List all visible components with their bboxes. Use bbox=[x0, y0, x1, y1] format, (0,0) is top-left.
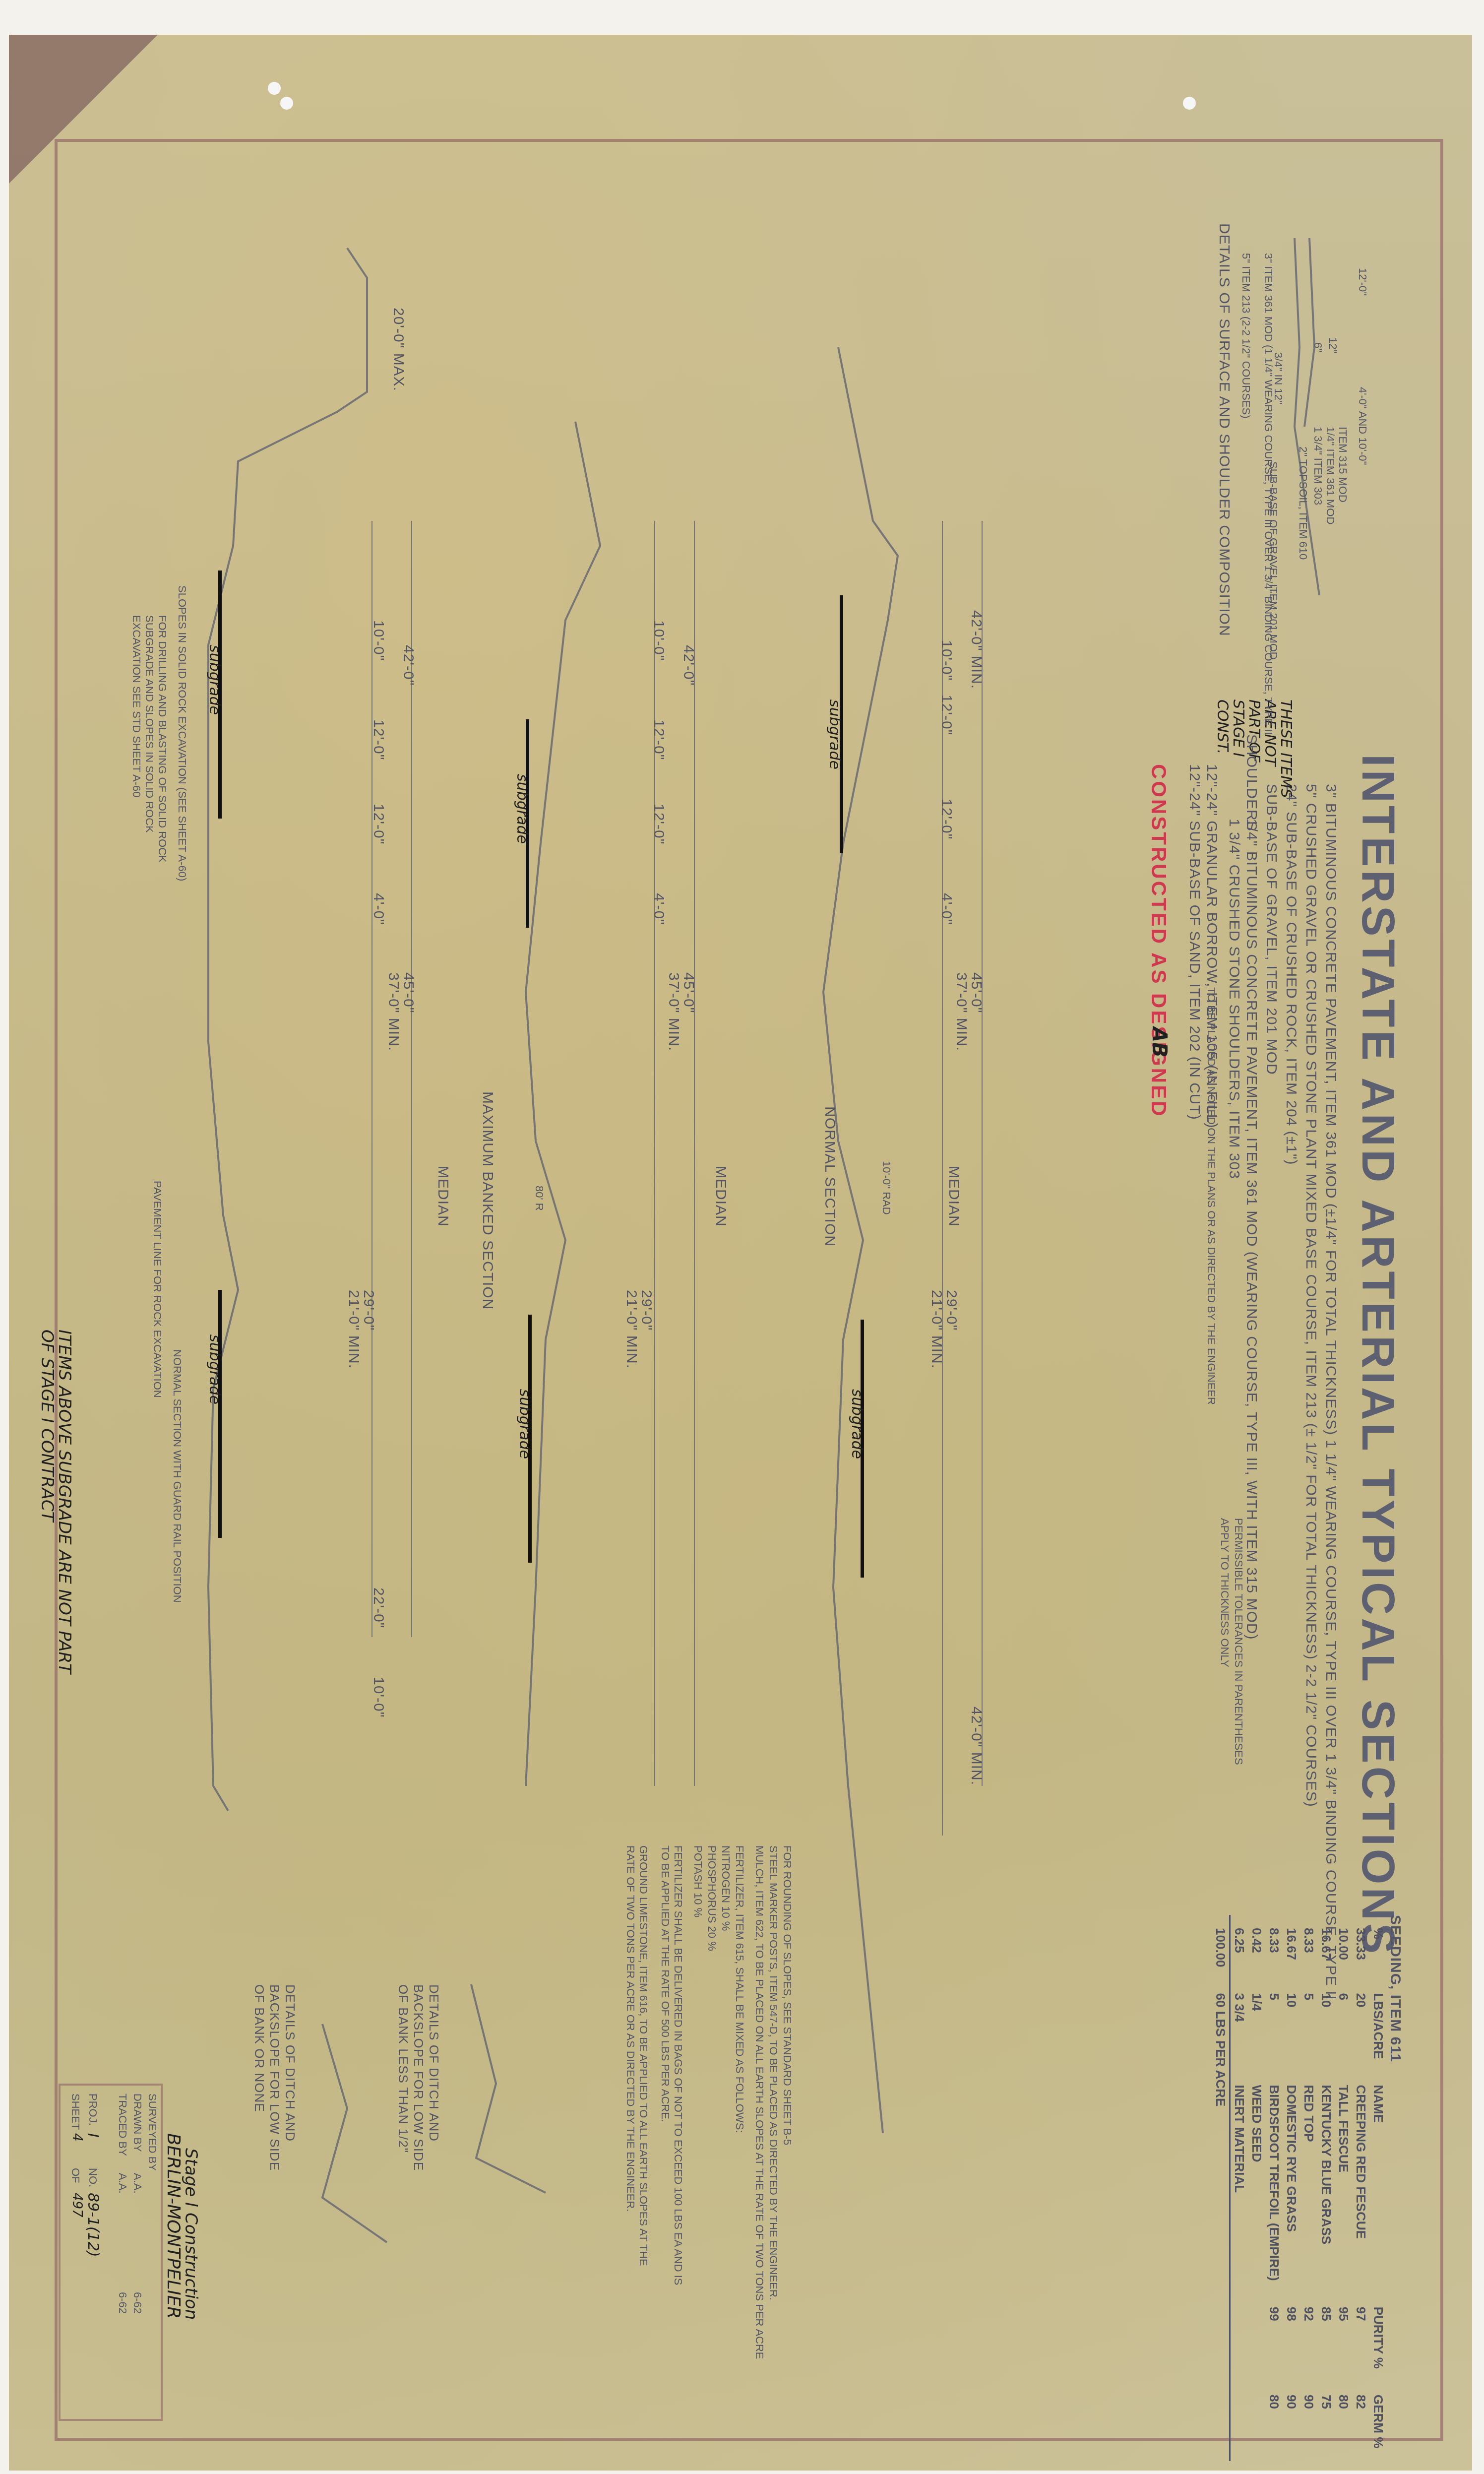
drawn-by-label: DRAWN BY bbox=[131, 2093, 144, 2152]
subgrade-label: subgrade bbox=[513, 774, 531, 844]
no-label: NO. bbox=[86, 2168, 99, 2187]
shoulders-label: SHOULDERS bbox=[1243, 734, 1260, 831]
of-label: OF bbox=[69, 2168, 82, 2183]
dim-label: 10'-0" bbox=[370, 1677, 387, 1717]
section-label-guardrail: NORMAL SECTION WITH GUARD RAIL POSITION bbox=[171, 1349, 184, 1603]
pavement-note: 3" BITUMINOUS CONCRETE PAVEMENT, ITEM 36… bbox=[1322, 784, 1339, 2000]
rock-slopes-note: SLOPES IN SOLID ROCK EXCAVATION (SEE SHE… bbox=[176, 585, 188, 881]
dim-label: 45'-0" bbox=[968, 972, 985, 1013]
drawing-title: INTERSTATE AND ARTERIAL TYPICAL SECTIONS bbox=[1352, 754, 1404, 1957]
section-label-banked: MAXIMUM BANKED SECTION bbox=[479, 1091, 496, 1310]
proj-value: I bbox=[84, 2133, 102, 2138]
table-row: 6.253 3/4INERT MATERIAL bbox=[1230, 1915, 1248, 2461]
subgrade-line bbox=[218, 1290, 222, 1538]
dim-label: 29'-0" bbox=[360, 1290, 377, 1331]
drawn-by: A.A. bbox=[131, 2173, 144, 2194]
dim-label: 42'-0" bbox=[680, 645, 697, 686]
table-row: 0.421/4WEED SEED bbox=[1248, 1915, 1265, 2461]
median-label: MEDIAN bbox=[434, 1166, 451, 1227]
dim-label: 12'-0" bbox=[938, 695, 955, 735]
pavement-note: 5" CRUSHED GRAVEL OR CRUSHED STONE PLANT… bbox=[1302, 784, 1319, 1807]
table-row: 16.6710DOMESTIC RYE GRASS9890 bbox=[1283, 1915, 1300, 2461]
pavement-note: 24" SUB-BASE OF CRUSHED ROCK, ITEM 204 (… bbox=[1283, 784, 1299, 1165]
seeding-grid: % LBS/ACRE NAME PURITY % GERM % 33.3320C… bbox=[1212, 1915, 1387, 2461]
dim-label: 29'-0" bbox=[638, 1290, 655, 1331]
handwritten-footnote: OF STAGE I CONTRACT bbox=[37, 1330, 57, 1522]
tolerance-note: PERMISSIBLE TOLERANCES IN PARENTHESES bbox=[1232, 1518, 1245, 1765]
surface-dim: 12" bbox=[1326, 337, 1339, 353]
table-row: 8.335RED TOP9290 bbox=[1300, 1915, 1317, 2461]
subgrade-label: subgrade bbox=[848, 1389, 866, 1459]
subgrade-label: subgrade bbox=[206, 1334, 223, 1404]
surface-label: ITEM 315 MOD bbox=[1336, 427, 1349, 503]
constructed-stamp: CONSTRUCTED AS DESIGNED bbox=[1147, 764, 1171, 1118]
dim-label: 20'-0" MAX. bbox=[390, 308, 407, 391]
tolerance-note: APPLY TO THICKNESS ONLY bbox=[1218, 1518, 1231, 1667]
dim-label: 10'-0" bbox=[370, 620, 387, 661]
table-row: 8.335BIRDSFOOT TREFOIL (EMPIRE)9980 bbox=[1265, 1915, 1283, 2461]
surface-label: 2" TOPSOIL, ITEM 610 bbox=[1297, 446, 1309, 560]
proj-label: PROJ. bbox=[86, 2093, 99, 2126]
traced-by-label: TRACED BY bbox=[116, 2093, 129, 2156]
dim-label: 45'-0" bbox=[400, 972, 417, 1013]
surface-label: SUB-BASE OF GRAVEL ITEM 201 MOD bbox=[1267, 461, 1280, 660]
table-row: 16.6710KENTUCKY BLUE GRASS8575 bbox=[1317, 1915, 1335, 2461]
pavement-note: SUB-BASE OF GRAVEL, ITEM 201 MOD bbox=[1263, 784, 1280, 1075]
seeding-table: SEEDING, ITEM 611 % LBS/ACRE NAME PURITY… bbox=[1212, 1915, 1404, 2461]
borrow-note: 12"-24" SUB-BASE OF SAND, ITEM 202 (IN C… bbox=[1186, 764, 1203, 1120]
sheet-value: 4 bbox=[69, 2133, 84, 2142]
dim-label: 4'-0" bbox=[370, 893, 387, 925]
dim-label: 45'-0" bbox=[680, 972, 697, 1013]
seeding-title: SEEDING, ITEM 611 bbox=[1387, 1915, 1404, 2461]
dim-label: 37'-0" MIN. bbox=[953, 972, 970, 1051]
surface-label: 5" ITEM 213 (2-2 1/2" COURSES) bbox=[1239, 253, 1252, 419]
dim-label: 37'-0" MIN. bbox=[385, 972, 402, 1051]
project-name: BERLIN-MONTPELIER bbox=[163, 2133, 184, 2319]
dim-label: 21'-0" MIN. bbox=[623, 1290, 640, 1369]
surface-dim: 4'-0" AND 10'-0" bbox=[1356, 387, 1369, 465]
dim-label: 10'-0" bbox=[938, 640, 955, 681]
dim-label: 42'-0" MIN. bbox=[968, 1707, 985, 1785]
dim-label: 21'-0" MIN. bbox=[928, 1290, 945, 1369]
table-header: % LBS/ACRE NAME PURITY % GERM % bbox=[1369, 1915, 1387, 2461]
shoulder-item: 1 3/4" CRUSHED STONE SHOULDERS, ITEM 303 bbox=[1226, 819, 1242, 1179]
dim-label: 21'-0" MIN. bbox=[345, 1290, 362, 1369]
subgrade-label: subgrade bbox=[826, 699, 843, 769]
surveyed-by-label: SURVEYED BY bbox=[146, 2093, 159, 2171]
table-row: 10.006TALL FESCUE9580 bbox=[1335, 1915, 1352, 2461]
stamp-initials: AB bbox=[1148, 1027, 1171, 1057]
dim-label: 4'-0" bbox=[650, 893, 667, 925]
dim-label: 12'-0" bbox=[650, 804, 667, 844]
dim-label: 80' R bbox=[533, 1186, 546, 1211]
dim-label: 10'-0" RAD bbox=[880, 1161, 893, 1215]
section-label-normal: NORMAL SECTION bbox=[821, 1106, 838, 1247]
shoulder-item: 1/4" BITUMINOUS CONCRETE PAVEMENT, ITEM … bbox=[1243, 819, 1260, 1640]
dim-label: 12'-0" bbox=[370, 719, 387, 760]
dim-label: 10'-0" bbox=[650, 620, 667, 661]
table-total: 100.0060 LBS PER ACRE bbox=[1212, 1915, 1230, 2461]
of-value: 497 bbox=[69, 2193, 84, 2218]
median-label: MEDIAN bbox=[945, 1166, 962, 1227]
ditch-detail-title: DETAILS OF DITCH AND BACKSLOPE FOR LOW S… bbox=[395, 1984, 441, 2183]
dim-label: 22'-0" bbox=[370, 1587, 387, 1628]
handwritten-footnote: ITEMS ABOVE SUBGRADE ARE NOT PART bbox=[55, 1330, 74, 1674]
table-row: 33.3320CREEPING RED FESCUE9782 bbox=[1352, 1915, 1369, 2461]
dim-label: 42'-0" MIN. bbox=[968, 610, 985, 689]
no-value: 89-1(12) bbox=[84, 2193, 102, 2257]
pavement-line-note: PAVEMENT LINE FOR ROCK EXCAVATION bbox=[151, 1181, 164, 1398]
surface-label: 1/4" ITEM 361 MOD bbox=[1324, 427, 1337, 524]
stage-label: Stage I Construction bbox=[181, 2148, 201, 2320]
sheet-label: SHEET bbox=[69, 2093, 82, 2130]
dim-label: 12'-0" bbox=[938, 799, 955, 839]
surface-dim: 12'-0" bbox=[1356, 268, 1369, 296]
surface-dim: 6" bbox=[1311, 342, 1324, 352]
dim-label: 37'-0" MIN. bbox=[665, 972, 682, 1051]
traced-by: A.A. bbox=[116, 2173, 129, 2194]
dim-label: 42'-0" bbox=[400, 645, 417, 686]
drawn-date: 6-62 bbox=[131, 2292, 144, 2314]
dim-label: 29'-0" bbox=[943, 1290, 960, 1331]
subgrade-label: subgrade bbox=[516, 1389, 533, 1459]
subgrade-label: subgrade bbox=[206, 645, 223, 715]
traced-date: 6-62 bbox=[116, 2292, 129, 2314]
dim-label: 4'-0" bbox=[938, 893, 955, 925]
dim-label: 12'-0" bbox=[370, 804, 387, 844]
surface-label: 1 3/4" ITEM 303 bbox=[1311, 427, 1324, 505]
dim-label: 12'-0" bbox=[650, 719, 667, 760]
borrow-suffix: TO BE PLACED AS NOTED ON THE PLANS OR AS… bbox=[1205, 987, 1218, 1405]
ditch-detail-title: DETAILS OF DITCH AND BACKSLOPE FOR LOW S… bbox=[251, 1984, 298, 2193]
drilling-note: FOR DRILLING AND BLASTING OF SOLID ROCK … bbox=[130, 615, 169, 873]
median-label: MEDIAN bbox=[712, 1166, 729, 1227]
surface-detail-title: DETAILS OF SURFACE AND SHOULDER COMPOSIT… bbox=[1216, 223, 1233, 636]
